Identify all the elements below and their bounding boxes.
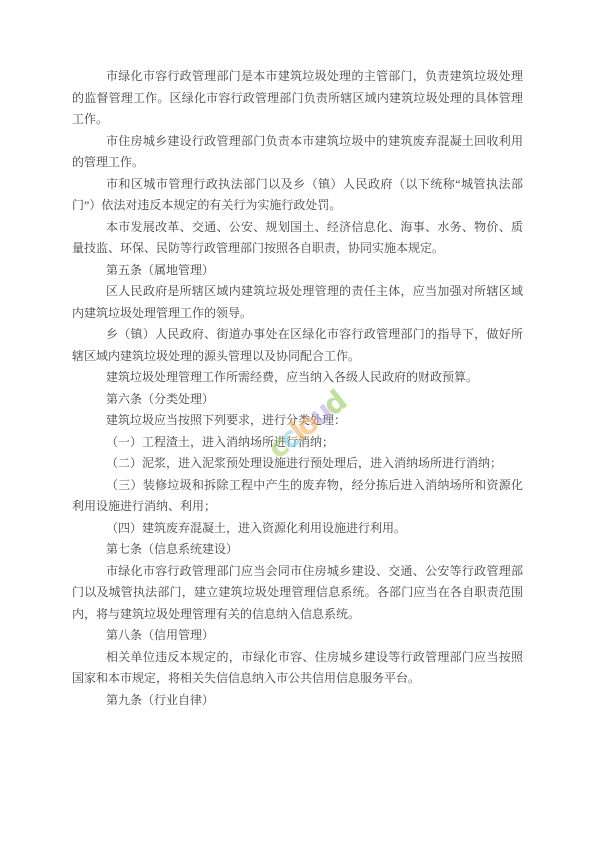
list-item-3-decoration-waste: （三）装修垃圾和拆除工程中产生的废弃物，经分拣后进入消纳场所和资源化利用设施进行…: [72, 475, 523, 518]
list-item-2-slurry: （二）泥浆，进入泥浆预处理设施进行预处理后，进入消纳场所进行消纳；: [72, 453, 523, 475]
article-5-heading: 第五条（属地管理）: [72, 260, 523, 282]
paragraph-information-system: 市绿化市容行政管理部门应当会同市住房城乡建设、交通、公安等行政管理部门以及城管执…: [72, 561, 523, 626]
list-item-4-waste-concrete: （四）建筑废弃混凝土，进入资源化利用设施进行利用。: [72, 518, 523, 540]
article-9-heading: 第九条（行业自律）: [72, 690, 523, 712]
paragraph-credit-management: 相关单位违反本规定的，市绿化市容、住房城乡建设等行政管理部门应当按照国家和本市规…: [72, 647, 523, 690]
paragraph-township-government: 乡（镇）人民政府、街道办事处在区绿化市容行政管理部门的指导下，做好所辖区域内建筑…: [72, 324, 523, 367]
article-6-heading: 第六条（分类处理）: [72, 389, 523, 411]
paragraph-enforcement-department: 市和区城市管理行政执法部门以及乡（镇）人民政府（以下统称“城管执法部门”）依法对…: [72, 174, 523, 217]
list-item-1-engineering-spoil: （一）工程渣土，进入消纳场所进行消纳；: [72, 432, 523, 454]
paragraph-other-departments: 本市发展改革、交通、公安、规划国土、经济信息化、海事、水务、物价、质量技监、环保…: [72, 217, 523, 260]
article-7-heading: 第七条（信息系统建设）: [72, 539, 523, 561]
document-body: 市绿化市容行政管理部门是本市建筑垃圾处理的主管部门，负责建筑垃圾处理的监督管理工…: [72, 66, 523, 711]
paragraph-district-government: 区人民政府是所辖区域内建筑垃圾处理管理的责任主体，应当加强对所辖区域内建筑垃圾处…: [72, 281, 523, 324]
article-8-heading: 第八条（信用管理）: [72, 625, 523, 647]
paragraph-classification-intro: 建筑垃圾应当按照下列要求，进行分类处理：: [72, 410, 523, 432]
paragraph-housing-department: 市住房城乡建设行政管理部门负责本市建筑垃圾中的建筑废弃混凝土回收利用的管理工作。: [72, 131, 523, 174]
paragraph-supervising-department: 市绿化市容行政管理部门是本市建筑垃圾处理的主管部门，负责建筑垃圾处理的监督管理工…: [72, 66, 523, 131]
paragraph-funding: 建筑垃圾处理管理工作所需经费，应当纳入各级人民政府的财政预算。: [72, 367, 523, 389]
document-page: 市绿化市容行政管理部门是本市建筑垃圾处理的主管部门，负责建筑垃圾处理的监督管理工…: [0, 0, 595, 841]
